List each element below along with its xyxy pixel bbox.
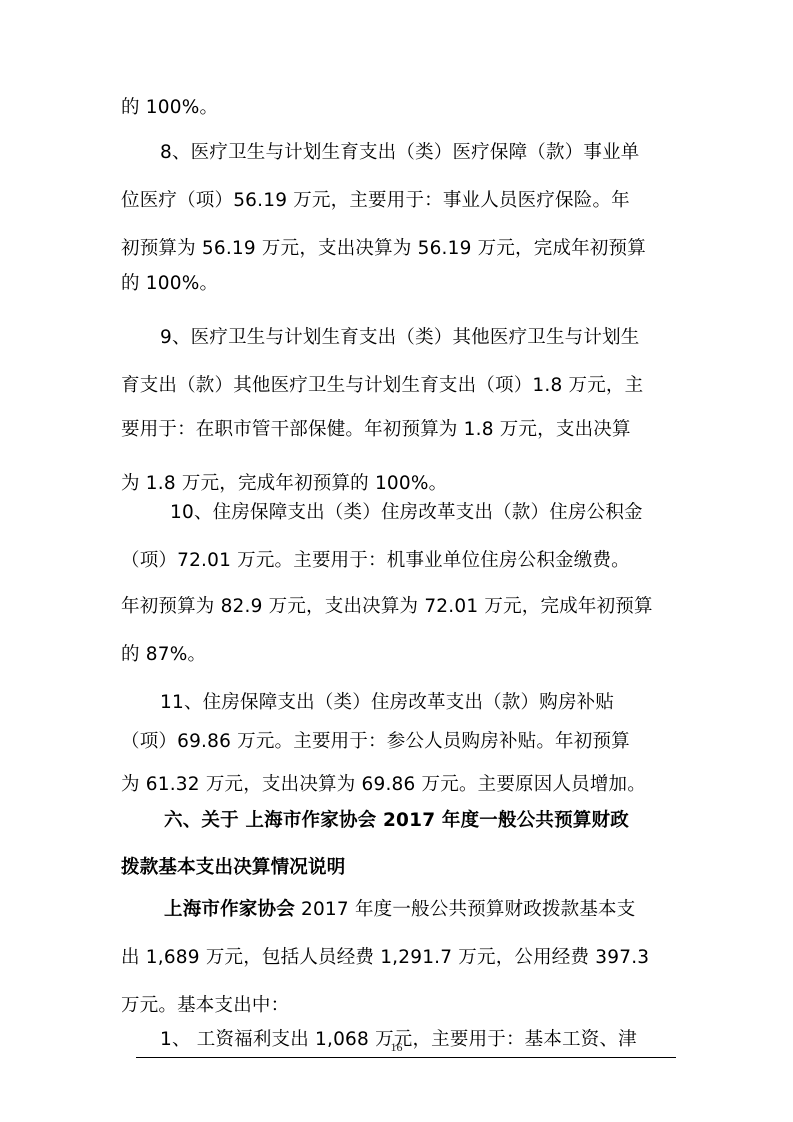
paragraph-line: 要用于：在职市管干部保健。年初预算为 1.8 万元，支出决算 (121, 418, 631, 442)
paragraph-line: 育支出（款）其他医疗卫生与计划生育支出（项）1.8 万元，主 (121, 374, 643, 398)
section-heading-line: 拨款基本支出决算情况说明 (121, 856, 345, 880)
paragraph-line: 9、医疗卫生与计划生育支出（类）其他医疗卫生与计划生 (160, 326, 639, 350)
paragraph-line: 出 1,689 万元，包括人员经费 1,291.7 万元，公用经费 397.3 (121, 946, 649, 970)
paragraph-line: 位医疗（项）56.19 万元，主要用于：事业人员医疗保险。年 (121, 189, 630, 213)
paragraph-line: 11、住房保障支出（类）住房改革支出（款）购房补贴 (160, 691, 614, 715)
paragraph-line: 8、医疗卫生与计划生育支出（类）医疗保障（款）事业单 (160, 141, 639, 165)
document-page: 的 100%。8、医疗卫生与计划生育支出（类）医疗保障（款）事业单位医疗（项）5… (0, 0, 793, 1122)
paragraph-line: 初预算为 56.19 万元，支出决算为 56.19 万元，完成年初预算 (121, 237, 646, 261)
paragraph-line: 上海市作家协会 2017 年度一般公共预算财政拨款基本支 (164, 898, 635, 922)
paragraph-line: 为 61.32 万元，支出决算为 69.86 万元。主要原因人员增加。 (121, 773, 646, 797)
paragraph-line: 的 87%。 (121, 643, 206, 667)
paragraph-line: （项）69.86 万元。主要用于：参公人员购房补贴。年初预算 (121, 730, 630, 754)
paragraph-text: 2017 年度一般公共预算财政拨款基本支 (295, 899, 636, 920)
paragraph-line: （项）72.01 万元。主要用于：机事业单位住房公积金缴费。 (121, 549, 630, 573)
paragraph-line: 万元。基本支出中： (121, 994, 289, 1018)
section-heading-line: 六、关于 上海市作家协会 2017 年度一般公共预算财政 (164, 809, 629, 833)
footer-divider (136, 1057, 676, 1058)
paragraph-line: 10、住房保障支出（类）住房改革支出（款）住房公积金 (170, 501, 643, 525)
paragraph-line: 为 1.8 万元，完成年初预算的 100%。 (121, 472, 447, 496)
paragraph-line: 年初预算为 82.9 万元，支出决算为 72.01 万元，完成年初预算 (121, 595, 653, 619)
paragraph-line: 的 100%。 (121, 96, 218, 120)
page-number: 16 (0, 1040, 793, 1055)
paragraph-line: 的 100%。 (121, 272, 218, 296)
organization-name: 上海市作家协会 (164, 899, 295, 920)
